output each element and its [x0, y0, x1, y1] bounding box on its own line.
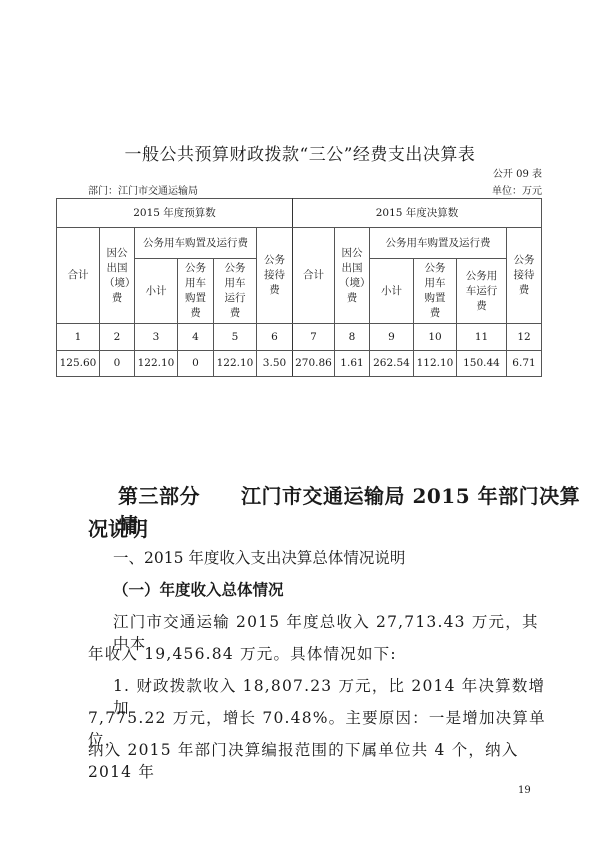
column-number: 6: [257, 324, 293, 351]
value-cell: 6.71: [507, 351, 542, 377]
heading-level-2: （一）年度收入总体情况: [113, 578, 284, 600]
header-subtotal: 小计: [135, 259, 178, 324]
column-number: 11: [457, 324, 507, 351]
value-cell: 125.60: [57, 351, 100, 377]
department-label: 部门：江门市交通运输局: [88, 182, 198, 197]
column-number: 12: [507, 324, 542, 351]
header-abroad: 因公出国（境）费: [335, 228, 370, 324]
section-title: 第三部分 江门市交通运输局 2015 年部门决算情: [118, 480, 600, 538]
value-cell: 150.44: [457, 351, 507, 377]
column-number: 1: [57, 324, 100, 351]
header-vehicle-purchase: 公务用车购置费: [178, 259, 214, 324]
header-vehicle-group: 公务用车购置及运行费: [135, 228, 257, 259]
value-cell: 3.50: [257, 351, 293, 377]
value-cell: 122.10: [135, 351, 178, 377]
paragraph-line: 年收入 19,456.84 万元。具体情况如下:: [88, 642, 548, 664]
page-number: 19: [518, 785, 531, 796]
column-number: 5: [214, 324, 257, 351]
paragraph-line: 纳入 2015 年部门决算编报范围的下属单位共 4 个，纳入 2014 年: [88, 738, 548, 782]
header-abroad: 因公出国（境）费: [100, 228, 135, 324]
header-subtotal: 小计: [370, 259, 414, 324]
header-vehicle-operation: 公务用车运行费: [214, 259, 257, 324]
heading-level-1: 一、2015 年度收入支出决算总体情况说明: [113, 546, 405, 568]
column-number: 10: [414, 324, 457, 351]
group-header-budget: 2015 年度预算数: [57, 199, 293, 228]
table-number: 公开 09 表: [493, 165, 542, 180]
value-cell: 1.61: [335, 351, 370, 377]
unit-label: 单位：万元: [492, 182, 542, 197]
value-cell: 270.86: [293, 351, 335, 377]
column-number: 7: [293, 324, 335, 351]
value-cell: 122.10: [214, 351, 257, 377]
three-public-expenses-table: 2015 年度预算数 2015 年度决算数 合计 因公出国（境）费 公务用车购置…: [56, 198, 542, 377]
header-reception: 公务接待费: [257, 228, 293, 324]
header-vehicle-purchase: 公务用车购置费: [414, 259, 457, 324]
value-cell: 0: [178, 351, 214, 377]
section-title-continued: 况说明: [88, 513, 148, 542]
header-vehicle-group: 公务用车购置及运行费: [370, 228, 507, 259]
column-number: 8: [335, 324, 370, 351]
header-total: 合计: [293, 228, 335, 324]
value-cell: 262.54: [370, 351, 414, 377]
column-number: 9: [370, 324, 414, 351]
group-header-final: 2015 年度决算数: [293, 199, 542, 228]
table-row: 125.60 0 122.10 0 122.10 3.50 270.86 1.6…: [57, 351, 542, 377]
header-vehicle-operation: 公务用车运行费: [457, 259, 507, 324]
value-cell: 112.10: [414, 351, 457, 377]
value-cell: 0: [100, 351, 135, 377]
column-number: 2: [100, 324, 135, 351]
column-number: 3: [135, 324, 178, 351]
table-title: 一般公共预算财政拨款“三公”经费支出决算表: [0, 140, 600, 165]
column-number-row: 1 2 3 4 5 6 7 8 9 10 11 12: [57, 324, 542, 351]
column-number: 4: [178, 324, 214, 351]
header-total: 合计: [57, 228, 100, 324]
header-reception: 公务接待费: [507, 228, 542, 324]
